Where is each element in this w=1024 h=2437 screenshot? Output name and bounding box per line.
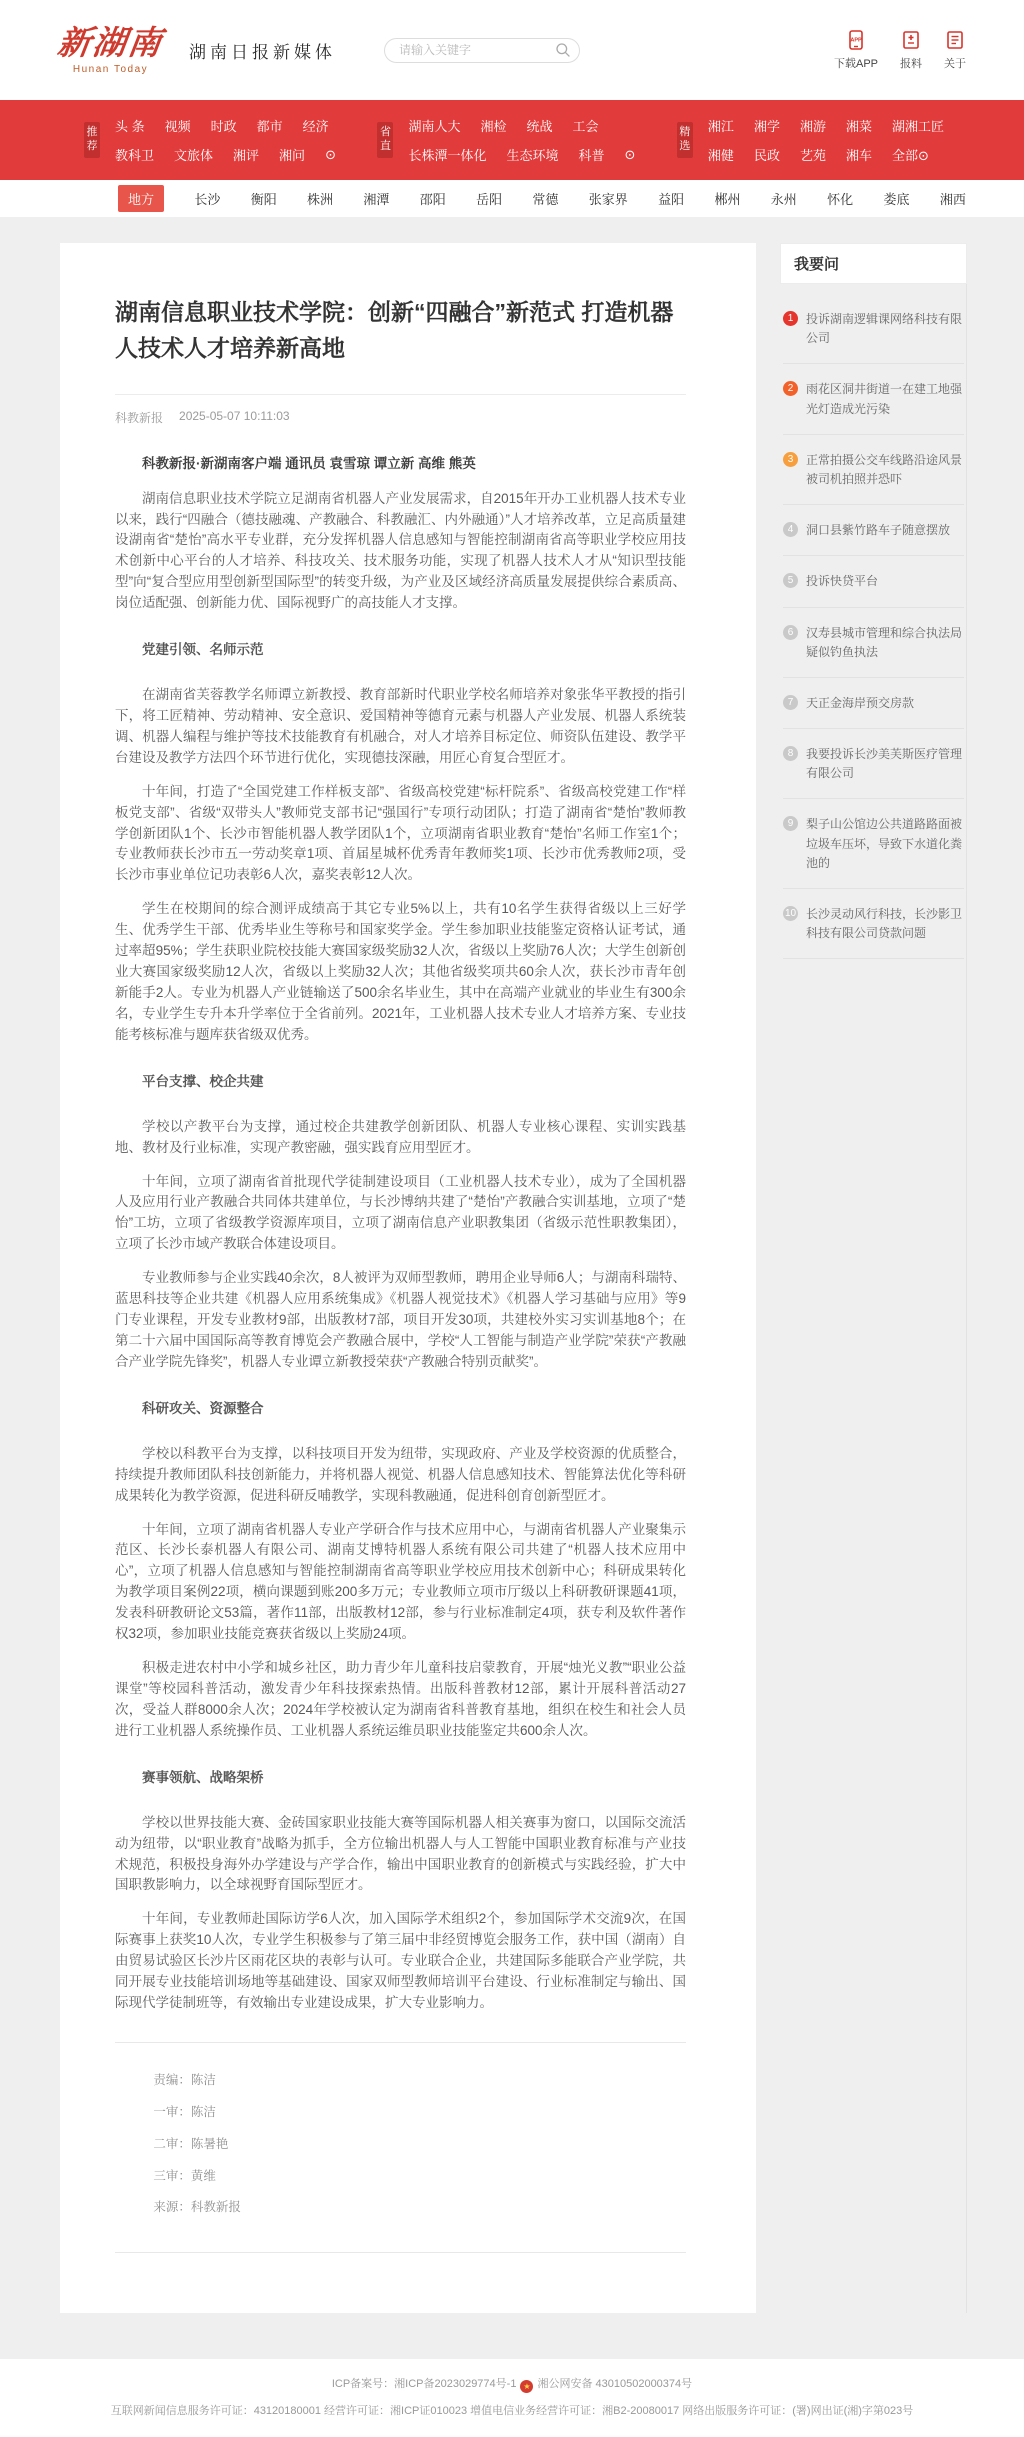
city-tab[interactable]: 张家界: [589, 189, 628, 208]
site-footer: ICP备案号：湘ICP备2023029774号-1湘公网安备 430105020…: [0, 2359, 1024, 2436]
nav-link[interactable]: 文旅体: [174, 145, 213, 164]
nav-link[interactable]: 湘游: [800, 116, 826, 135]
nav-link[interactable]: 艺苑: [800, 145, 826, 164]
logo-title: 新湖南: [56, 26, 166, 59]
title-divider: [115, 394, 686, 395]
nav-link[interactable]: 湘检: [480, 116, 506, 135]
credit-line: 三审：黄维: [153, 2161, 686, 2193]
credits-top-divider: [115, 2042, 686, 2043]
city-tab[interactable]: 邵阳: [420, 189, 446, 208]
nav-link[interactable]: 统战: [527, 116, 553, 135]
nav-link[interactable]: 长株潭一体化: [408, 145, 486, 164]
nav-link[interactable]: 湘健: [708, 145, 734, 164]
article-paragraph: 党建引领、名师示范: [115, 640, 686, 661]
rank-badge: 8: [783, 746, 798, 761]
article-paragraph: 十年间，专业教师赴国际访学6人次，加入国际学术组织2个，参加国际学术交流9次，在…: [115, 1909, 686, 2014]
nav-row-bottom: 教科卫 文旅体 湘评 湘问 ⊙: [115, 145, 356, 164]
page: 新湖南 Hunan Today 湖南日报新媒体 APP 下载APP: [0, 0, 1024, 2437]
ask-item-text: 长沙灵动风行科技，长沙影卫科技有限公司贷款问题: [806, 905, 964, 943]
nav-row-bottom: 湘健 民政 艺苑 湘车 全部⊙: [708, 145, 964, 164]
nav-link[interactable]: 都市: [257, 116, 283, 135]
article-time: 2025-05-07 10:11:03: [179, 409, 290, 426]
nav-link[interactable]: 科普: [579, 145, 605, 164]
nav-link[interactable]: 经济: [303, 116, 329, 135]
nav-group-badge: 省直: [377, 122, 393, 158]
download-app-button[interactable]: APP 下载APP: [834, 29, 878, 71]
report-button[interactable]: 报料: [900, 29, 922, 71]
nav-link[interactable]: ⊙: [325, 147, 336, 163]
nav-link[interactable]: 头 条: [115, 116, 145, 135]
search-icon[interactable]: [555, 42, 571, 58]
brand-title: 湖南日报新媒体: [189, 38, 336, 63]
ask-list: 1 投诉湖南逻辑课网络科技有限公司 2 雨花区洞井街道一在建工地强光灯造成光污染…: [780, 294, 967, 959]
sidebar-title: 我要问: [780, 243, 967, 284]
city-tab[interactable]: 郴州: [714, 189, 740, 208]
article-credits: 责编：陈洁 一审：陈洁 二审：陈暑艳 三审：黄维 来源：科教新报: [115, 2065, 686, 2224]
ask-list-item[interactable]: 9 梨子山公馆边公共道路路面被垃圾车压坏，导致下水道化粪池的: [783, 799, 964, 889]
nav-link[interactable]: ⊙: [625, 147, 636, 163]
ask-list-item[interactable]: 10 长沙灵动风行科技，长沙影卫科技有限公司贷款问题: [783, 889, 964, 959]
city-tab[interactable]: 衡阳: [251, 189, 277, 208]
credits-bottom-divider: [115, 2252, 686, 2253]
article-paragraph: 十年间，立项了湖南省机器人专业产学研合作与技术应用中心，与湖南省机器人产业聚集示…: [115, 1520, 686, 1646]
nav-link[interactable]: 民政: [754, 145, 780, 164]
search-box: [384, 38, 580, 63]
ask-list-item[interactable]: 7 天正金海岸预交房款: [783, 678, 964, 729]
nav-link[interactable]: 工会: [573, 116, 599, 135]
nav-link[interactable]: 教科卫: [115, 145, 154, 164]
article-paragraph: 专业教师参与企业实践40余次，8人被评为双师型教师，聘用企业导师6人；与湖南科瑞…: [115, 1268, 686, 1373]
article-paragraph: 湖南信息职业技术学院立足湖南省机器人产业发展需求，自2015年开办工业机器人技术…: [115, 489, 686, 615]
article-paragraph: 平台支撑、校企共建: [115, 1072, 686, 1093]
nav-link[interactable]: 生态环境: [506, 145, 558, 164]
nav-group-badge: 推荐: [84, 122, 100, 158]
logo-subtitle: Hunan Today: [58, 64, 163, 75]
public-security-emblem-icon: [520, 2380, 533, 2393]
ask-item-text: 汉寿县城市管理和综合执法局疑似钓鱼执法: [806, 624, 964, 662]
main-nav: 推荐 头 条 视频 时政 都市 经济: [0, 100, 1024, 180]
city-tab[interactable]: 湘西: [940, 189, 966, 208]
nav-link[interactable]: 湘车: [846, 145, 872, 164]
svg-text:APP: APP: [850, 38, 862, 44]
article-paragraph: 学校以科教平台为支撑，以科技项目开发为纽带，实现政府、产业及学校资源的优质整合，…: [115, 1444, 686, 1507]
ask-item-text: 投诉快贷平台: [806, 572, 878, 591]
article-meta: 科教新报 2025-05-07 10:11:03: [115, 409, 686, 426]
article-paragraph: 积极走进农村中小学和城乡社区，助力青少年儿童科技启蒙教育，开展“烛光义教”“职业…: [115, 1658, 686, 1742]
city-tab[interactable]: 永州: [771, 189, 797, 208]
ask-item-text: 正常拍摄公交车线路沿途风景被司机拍照并恐吓: [806, 451, 964, 489]
site-header: 新湖南 Hunan Today 湖南日报新媒体 APP 下载APP: [0, 0, 1024, 100]
article-paragraph: 学生在校期间的综合测评成绩高于其它专业5%以上，共有10名学生获得省级以上三好学…: [115, 899, 686, 1045]
city-tab[interactable]: 常德: [532, 189, 558, 208]
article-body: 湖南信息职业技术学院立足湖南省机器人产业发展需求，自2015年开办工业机器人技术…: [115, 489, 686, 2014]
footer-line-2: 互联网新闻信息服务许可证：43120180001 经营许可证：湘ICP证0100…: [0, 2403, 1024, 2421]
article-card: 湖南信息职业技术学院：创新“四融合”新范式 打造机器人技术人才培养新高地 科教新…: [60, 243, 756, 2313]
article-paragraph: 赛事领航、战略架桥: [115, 1768, 686, 1789]
nav-link[interactable]: 湖湘工匠: [892, 116, 944, 135]
nav-row-top: 湖南人大 湘检 统战 工会: [408, 116, 655, 135]
about-button[interactable]: 关于: [944, 29, 966, 71]
ask-list-item[interactable]: 3 正常拍摄公交车线路沿途风景被司机拍照并恐吓: [783, 435, 964, 505]
city-nav: 地方 长沙 衡阳 株洲 湘潭 邵阳 岳阳 常德 张家界 益阳 郴州 永州 怀化 …: [0, 180, 1024, 217]
city-tab[interactable]: 益阳: [658, 189, 684, 208]
phone-app-icon: APP: [845, 29, 867, 51]
rank-badge: 3: [783, 452, 798, 467]
article-paragraph: 科研攻关、资源整合: [115, 1399, 686, 1420]
search-input[interactable]: [384, 38, 580, 63]
nav-link[interactable]: 全部⊙: [892, 145, 929, 164]
city-tab[interactable]: 株洲: [307, 189, 333, 208]
nav-row-top: 湘江 湘学 湘游 湘菜 湖湘工匠: [708, 116, 964, 135]
rank-badge: 9: [783, 816, 798, 831]
nav-link[interactable]: 湖南人大: [408, 116, 460, 135]
article-paragraph: 学校以产教平台为支撑，通过校企共建教学创新团队、机器人专业核心课程、实训实践基地…: [115, 1117, 686, 1159]
report-label: 报料: [900, 55, 922, 71]
rank-badge: 2: [783, 381, 798, 396]
security-record-number: 湘公网安备 43010502000374号: [537, 2378, 692, 2390]
header-actions: APP 下载APP 报料: [834, 29, 966, 71]
city-tab-active[interactable]: 地方: [118, 185, 164, 212]
nav-row-bottom: 长株潭一体化 生态环境 科普 ⊙: [408, 145, 655, 164]
nav-link[interactable]: 湘菜: [846, 116, 872, 135]
credit-line: 二审：陈暑艳: [153, 2129, 686, 2161]
rank-badge: 7: [783, 695, 798, 710]
footer-line-1: ICP备案号：湘ICP备2023029774号-1湘公网安备 430105020…: [0, 2376, 1024, 2394]
nav-row-top: 头 条 视频 时政 都市 经济: [115, 116, 356, 135]
ask-list-item[interactable]: 8 我要投诉长沙美芙斯医疗管理有限公司: [783, 729, 964, 799]
about-label: 关于: [944, 55, 966, 71]
nav-group: 推荐 头 条 视频 时政 都市 经济: [84, 116, 356, 164]
city-tab[interactable]: 怀化: [827, 189, 853, 208]
about-doc-icon: [944, 29, 966, 51]
rank-badge: 5: [783, 573, 798, 588]
rank-badge: 6: [783, 625, 798, 640]
nav-group-badge: 精选: [677, 122, 693, 158]
credit-line: 责编：陈洁: [153, 2065, 686, 2097]
ask-list-item[interactable]: 6 汉寿县城市管理和综合执法局疑似钓鱼执法: [783, 608, 964, 678]
nav-group: 精选 湘江 湘学 湘游 湘菜 湖湘工匠: [677, 116, 964, 164]
ask-list-item[interactable]: 1 投诉湖南逻辑课网络科技有限公司: [783, 294, 964, 364]
sidebar-ask: 我要问 1 投诉湖南逻辑课网络科技有限公司 2 雨花区洞井街道一在建工地强光灯造…: [780, 243, 967, 2313]
nav-link[interactable]: 湘学: [754, 116, 780, 135]
ask-item-text: 梨子山公馆边公共道路路面被垃圾车压坏，导致下水道化粪池的: [806, 815, 964, 873]
site-logo[interactable]: 新湖南 Hunan Today: [58, 26, 163, 75]
ask-item-text: 我要投诉长沙美芙斯医疗管理有限公司: [806, 745, 964, 783]
article-byline: 科教新报·新湖南客户端 通讯员 袁雪琼 谭立新 高维 熊英: [115, 452, 686, 476]
rank-badge: 1: [783, 311, 798, 326]
article-title: 湖南信息职业技术学院：创新“四融合”新范式 打造机器人技术人才培养新高地: [115, 295, 686, 366]
city-tab[interactable]: 岳阳: [476, 189, 502, 208]
nav-link[interactable]: 湘评: [233, 145, 259, 164]
nav-link[interactable]: 湘问: [279, 145, 305, 164]
ask-list-item[interactable]: 2 雨花区洞井街道一在建工地强光灯造成光污染: [783, 364, 964, 434]
download-app-label: 下载APP: [834, 55, 878, 71]
article-source: 科教新报: [115, 409, 163, 426]
nav-group: 省直 湖南人大 湘检 统战 工会: [377, 116, 655, 164]
article-paragraph: 十年间，立项了湖南省首批现代学徒制建设项目（工业机器人技术专业），成为了全国机器…: [115, 1172, 686, 1256]
ask-item-text: 洞口县紫竹路车子随意摆放: [806, 521, 950, 540]
city-tab[interactable]: 湘潭: [363, 189, 389, 208]
article-paragraph: 在湖南省芙蓉教学名师谭立新教授、教育部新时代职业学校名师培养对象张华平教授的指引…: [115, 685, 686, 769]
ask-list-item[interactable]: 4 洞口县紫竹路车子随意摆放: [783, 505, 964, 556]
ask-item-text: 雨花区洞井街道一在建工地强光灯造成光污染: [806, 380, 964, 418]
ask-item-text: 天正金海岸预交房款: [806, 694, 914, 713]
credit-line: 来源：科教新报: [153, 2192, 686, 2224]
city-tab[interactable]: 长沙: [194, 189, 220, 208]
nav-link[interactable]: 湘江: [708, 116, 734, 135]
report-plus-icon: [900, 29, 922, 51]
credit-line: 一审：陈洁: [153, 2097, 686, 2129]
nav-link[interactable]: 时政: [211, 116, 237, 135]
main-area: 湖南信息职业技术学院：创新“四融合”新范式 打造机器人技术人才培养新高地 科教新…: [0, 217, 1024, 2359]
rank-badge: 10: [783, 906, 798, 921]
article-paragraph: 学校以世界技能大赛、金砖国家职业技能大赛等国际机器人相关赛事为窗口，以国际交流活…: [115, 1813, 686, 1897]
rank-badge: 4: [783, 522, 798, 537]
article-paragraph: 十年间，打造了“全国党建工作样板支部”、省级高校党建“标杆院系”、省级高校党建工…: [115, 782, 686, 887]
ask-list-item[interactable]: 5 投诉快贷平台: [783, 556, 964, 607]
nav-link[interactable]: 视频: [165, 116, 191, 135]
city-tab[interactable]: 娄底: [883, 189, 909, 208]
ask-item-text: 投诉湖南逻辑课网络科技有限公司: [806, 310, 964, 348]
icp-number: ICP备案号：湘ICP备2023029774号-1: [332, 2378, 517, 2390]
